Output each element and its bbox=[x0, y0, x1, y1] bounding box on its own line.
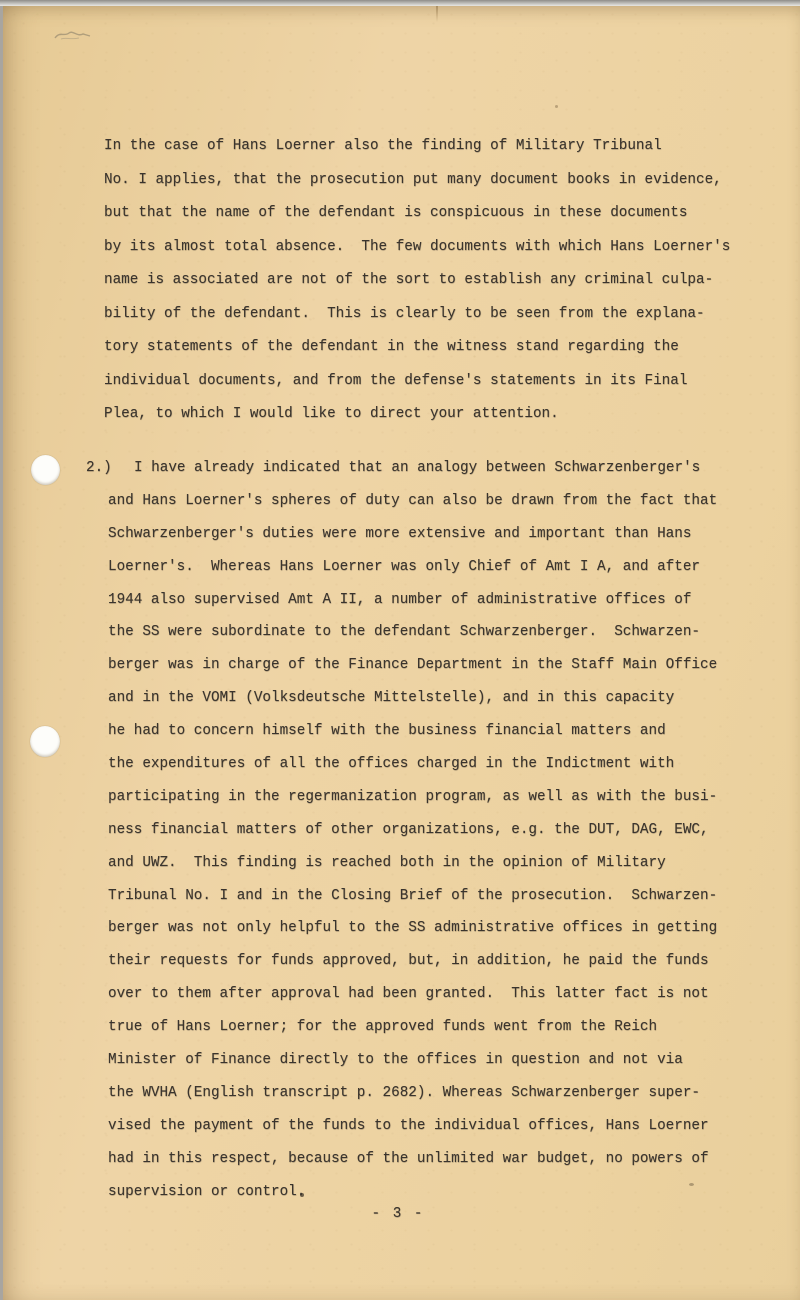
text-line: but that the name of the defendant is co… bbox=[104, 197, 730, 231]
text-line: by its almost total absence. The few doc… bbox=[104, 231, 730, 265]
document-page: In the case of Hans Loerner also the fin… bbox=[3, 5, 800, 1300]
text-line: participating in the regermanization pro… bbox=[108, 781, 717, 814]
text-line: Minister of Finance directly to the offi… bbox=[108, 1044, 717, 1077]
text-line: and in the VOMI (Volksdeutsche Mittelste… bbox=[108, 682, 717, 715]
text-line: the SS were subordinate to the defendant… bbox=[108, 616, 717, 649]
punch-hole-bottom bbox=[30, 726, 60, 757]
text-line: tory statements of the defendant in the … bbox=[104, 331, 730, 365]
page-number: - 3 - bbox=[3, 1198, 793, 1231]
text-line: In the case of Hans Loerner also the fin… bbox=[104, 130, 730, 164]
text-line: and Hans Loerner's spheres of duty can a… bbox=[108, 485, 717, 518]
text-line: he had to concern himself with the busin… bbox=[108, 715, 717, 748]
pencil-mark bbox=[52, 25, 94, 45]
scan-edge-left bbox=[0, 0, 4, 1300]
paragraph-1: In the case of Hans Loerner also the fin… bbox=[104, 130, 730, 432]
paragraph-number: 2.) bbox=[86, 452, 112, 485]
text-line: over to them after approval had been gra… bbox=[108, 978, 717, 1011]
text-line: vised the payment of the funds to the in… bbox=[108, 1110, 717, 1143]
text-line: and UWZ. This finding is reached both in… bbox=[108, 847, 717, 880]
text-line: name is associated are not of the sort t… bbox=[104, 264, 730, 298]
text-line: berger was in charge of the Finance Depa… bbox=[108, 649, 717, 682]
text-line: Tribunal No. I and in the Closing Brief … bbox=[108, 880, 717, 913]
paper-crease bbox=[436, 5, 438, 22]
text-line: true of Hans Loerner; for the approved f… bbox=[108, 1011, 717, 1044]
paper-speck bbox=[555, 105, 558, 108]
text-line: Loerner's. Whereas Hans Loerner was only… bbox=[108, 551, 717, 584]
text-line: 1944 also supervised Amt A II, a number … bbox=[108, 584, 717, 617]
text-line: Plea, to which I would like to direct yo… bbox=[104, 398, 730, 432]
text-line: berger was not only helpful to the SS ad… bbox=[108, 912, 717, 945]
punch-hole-top bbox=[31, 455, 60, 485]
text-line: their requests for funds approved, but, … bbox=[108, 945, 717, 978]
text-line: the expenditures of all the offices char… bbox=[108, 748, 717, 781]
paragraph-2: 2.) I have already indicated that an ana… bbox=[108, 452, 717, 1208]
text-line: the WVHA (English transcript p. 2682). W… bbox=[108, 1077, 717, 1110]
text-line: ness financial matters of other organiza… bbox=[108, 814, 717, 847]
text-line: bility of the defendant. This is clearly… bbox=[104, 298, 730, 332]
scan-edge-top bbox=[0, 0, 800, 6]
text-line: had in this respect, because of the unli… bbox=[108, 1143, 717, 1176]
text-line: No. I applies, that the prosecution put … bbox=[104, 164, 730, 198]
text-line: Schwarzenberger's duties were more exten… bbox=[108, 518, 717, 551]
text-line: I have already indicated that an analogy… bbox=[108, 452, 717, 485]
text-line: individual documents, and from the defen… bbox=[104, 365, 730, 399]
